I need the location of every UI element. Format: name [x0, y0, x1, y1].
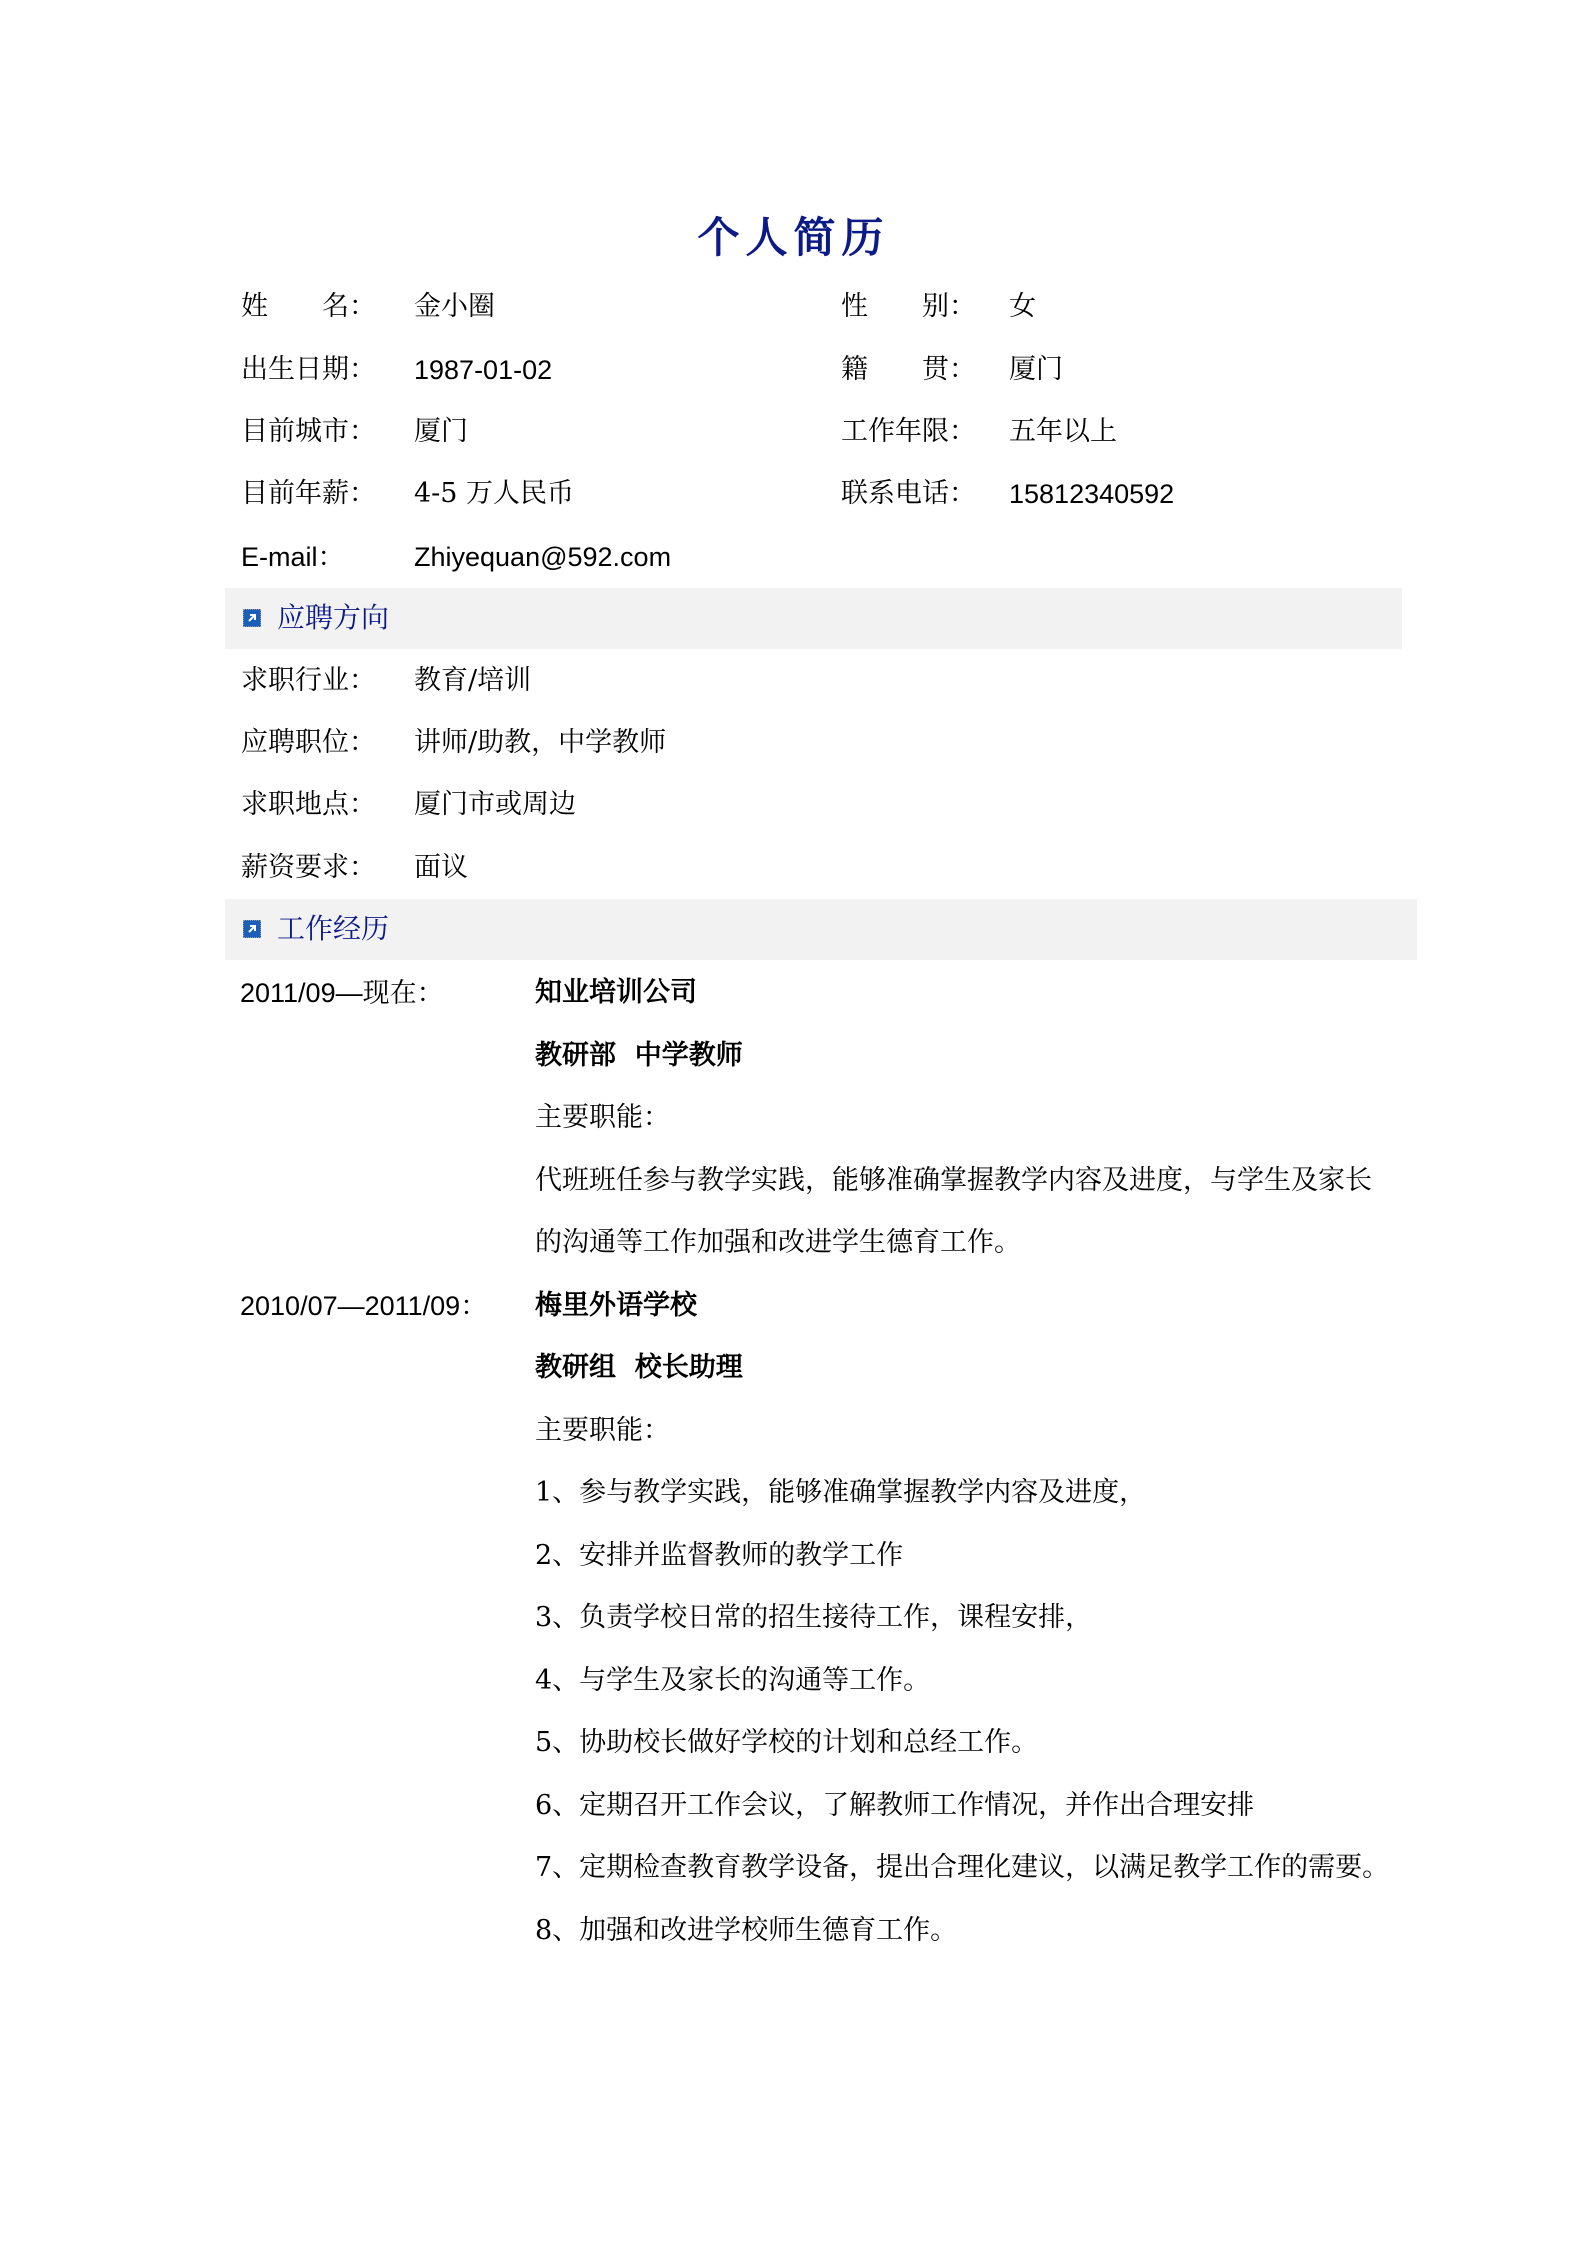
- value: 厦门: [1009, 350, 1063, 390]
- section-title: 工作经历: [277, 909, 389, 949]
- job-duty-line: 的沟通等工作加强和改进学生德育工作。: [535, 1223, 1021, 1263]
- label: 求职行业：: [241, 661, 376, 701]
- job-duty-line: 代班班任参与教学实践，能够准确掌握教学内容及进度，与学生及家长: [535, 1161, 1372, 1201]
- label: 薪资要求：: [241, 848, 376, 888]
- value: 4-5 万人民币: [414, 474, 574, 514]
- label: 工作年限：: [841, 412, 976, 452]
- label: 目前年薪：: [241, 474, 376, 514]
- label: 应聘职位：: [241, 723, 376, 763]
- section-title: 应聘方向: [277, 598, 389, 638]
- section-header-work-experience: 工作经历: [225, 899, 1417, 960]
- value: 1987-01-02: [414, 350, 552, 390]
- value: 讲师/助教，中学教师: [414, 723, 666, 763]
- value: 五年以上: [1009, 412, 1117, 452]
- job-duty-item: 2、安排并监督教师的教学工作: [535, 1536, 903, 1576]
- job-duty-item: 8、加强和改进学校师生德育工作。: [535, 1911, 957, 1951]
- job-company: 知业培训公司: [535, 973, 697, 1013]
- job-duty-item: 1、参与教学实践，能够准确掌握教学内容及进度，: [535, 1473, 1146, 1513]
- value: 金小圈: [414, 287, 495, 327]
- value: 女: [1009, 287, 1036, 327]
- label: 求职地点：: [241, 785, 376, 825]
- value: 厦门市或周边: [414, 785, 576, 825]
- job-duty-item: 5、协助校长做好学校的计划和总经工作。: [535, 1723, 1038, 1763]
- section-header-job-intent: 应聘方向: [225, 588, 1402, 649]
- arrow-shortcut-icon: [243, 920, 261, 938]
- label: 出生日期：: [241, 350, 376, 390]
- value: 15812340592: [1009, 474, 1174, 514]
- page-title: 个人简历: [0, 205, 1587, 265]
- job-duty-item: 7、定期检查教育教学设备，提出合理化建议，以满足教学工作的需要。: [535, 1848, 1389, 1888]
- resume-page: 个人简历 姓 名： 金小圈 出生日期： 1987-01-02 目前城市： 厦门 …: [0, 0, 1587, 2245]
- job-duty-item: 4、与学生及家长的沟通等工作。: [535, 1661, 930, 1701]
- job-position: 教研组 校长助理: [535, 1348, 743, 1388]
- value: 面议: [414, 848, 468, 888]
- label: 目前城市：: [241, 412, 376, 452]
- label: 联系电话：: [841, 474, 976, 514]
- job-duties-label: 主要职能：: [535, 1098, 670, 1138]
- email-link[interactable]: Zhiyequan@592.com: [414, 537, 671, 577]
- label: 姓 名：: [241, 287, 376, 327]
- label: 性 别：: [841, 287, 976, 327]
- job-period: 2010/07—2011/09：: [240, 1286, 487, 1326]
- job-company: 梅里外语学校: [535, 1286, 697, 1326]
- job-period: 2011/09—现在：: [240, 973, 444, 1013]
- job-position: 教研部 中学教师: [535, 1036, 743, 1076]
- value: 教育/培训: [414, 661, 531, 701]
- label: 籍 贯：: [841, 350, 976, 390]
- arrow-shortcut-icon: [243, 609, 261, 627]
- label: E-mail：: [241, 537, 345, 577]
- job-duty-item: 3、负责学校日常的招生接待工作，课程安排，: [535, 1598, 1092, 1638]
- value: 厦门: [414, 412, 468, 452]
- job-duty-item: 6、定期召开工作会议，了解教师工作情况，并作出合理安排: [535, 1786, 1254, 1826]
- job-duties-label: 主要职能：: [535, 1411, 670, 1451]
